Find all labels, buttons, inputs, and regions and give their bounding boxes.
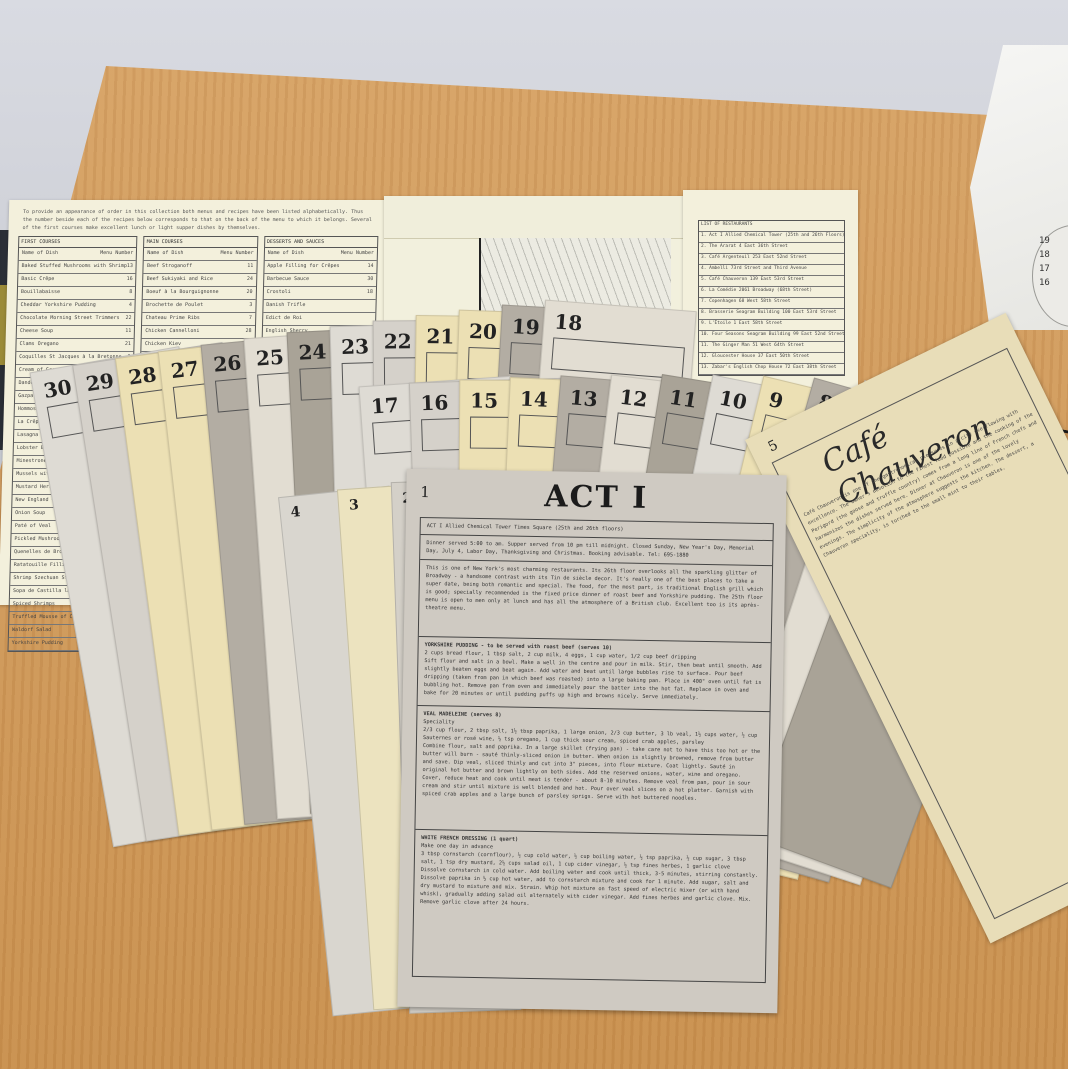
restaurant-list-item: 3. Café Argenteuil 253 East 52nd Street (699, 254, 844, 265)
index-row: Cheese Soup11 (17, 326, 135, 339)
restaurant-list-item: 5. Café Chauveron 139 East 53rd Street (699, 276, 844, 287)
index-row: Crostoli18 (263, 287, 376, 300)
index-row: Chicken Cannelloni28 (142, 326, 255, 339)
index-row: Beef Sukiyaki and Rice24 (143, 274, 256, 287)
restaurant-list-item: 7. Copenhagen 68 West 58th Street (699, 298, 844, 309)
restaurant-list-item: 4. Ambelli 73rd Street and Third Avenue (699, 265, 844, 276)
restaurant-list-header: LIST OF RESTAURANTS (699, 221, 844, 232)
index-row: Beef Stroganoff11 (144, 261, 257, 274)
recipe-veal-madeleine: VEAL MADELEINE (serves 8) Speciality 2/3… (415, 706, 769, 836)
index-row: Brochette de Poulet3 (143, 300, 256, 313)
index-row: Chocolate Morning Street Trimmers22 (17, 313, 135, 326)
index-row: Danish Trifle (263, 300, 376, 313)
index-row: Bouillabaisse8 (18, 287, 136, 300)
index-row: Boeuf à la Bourguignonne20 (143, 287, 256, 300)
restaurant-list-item: 1. Act I Allied Chemical Tower (25th and… (699, 232, 844, 243)
restaurant-list-item: 6. La Comédie 2061 Broadway (68th Street… (699, 287, 844, 298)
folder-flap (384, 196, 684, 239)
restaurant-list-item: 2. The Ararat 4 East 36th Street (699, 243, 844, 254)
restaurant-list-item: 12. Gloucester House 37 East 50th Street (699, 353, 844, 364)
index-row: Cheddar Yorkshire Pudding4 (17, 300, 135, 313)
restaurant-list-item: 10. Four Seasons Seagram Building 99 Eas… (699, 331, 844, 342)
index-row: Edict de Roi (263, 313, 376, 326)
index-row: Chateau Prime Ribs7 (142, 313, 255, 326)
menu-card-1-act-i: 1 ACT I ACT I Allied Chemical Tower Time… (397, 469, 786, 1014)
recipe-yorkshire-pudding: YORKSHIRE PUDDING - to be served with ro… (418, 637, 771, 712)
index-row: Clams Oregano21 (16, 339, 134, 352)
index-row: Basic Crêpe16 (18, 274, 136, 287)
restaurant-list-item: 13. Zabar's English Chop House 72 East 3… (699, 364, 844, 375)
recipe-white-french-dressing: WHITE FRENCH DRESSING (1 quart) Make one… (414, 830, 767, 916)
index-intro: To provide an appearance of order in thi… (8, 200, 389, 236)
index-row: Baked Stuffed Mushrooms with Shrimp13 (18, 261, 136, 274)
index-row: Barbecue Sauce30 (264, 274, 377, 287)
restaurant-list-item: 8. Brasserie Seagram Building 100 East 5… (699, 309, 844, 320)
restaurant-list-item: 9. L'Étoile 1 East 58th Street (699, 320, 844, 331)
card-title: ACT I (406, 477, 787, 519)
restaurant-list-item: 11. The Ginger Man 51 West 64th Street (699, 342, 844, 353)
index-row: Apple Filling for Crêpes14 (264, 261, 377, 274)
